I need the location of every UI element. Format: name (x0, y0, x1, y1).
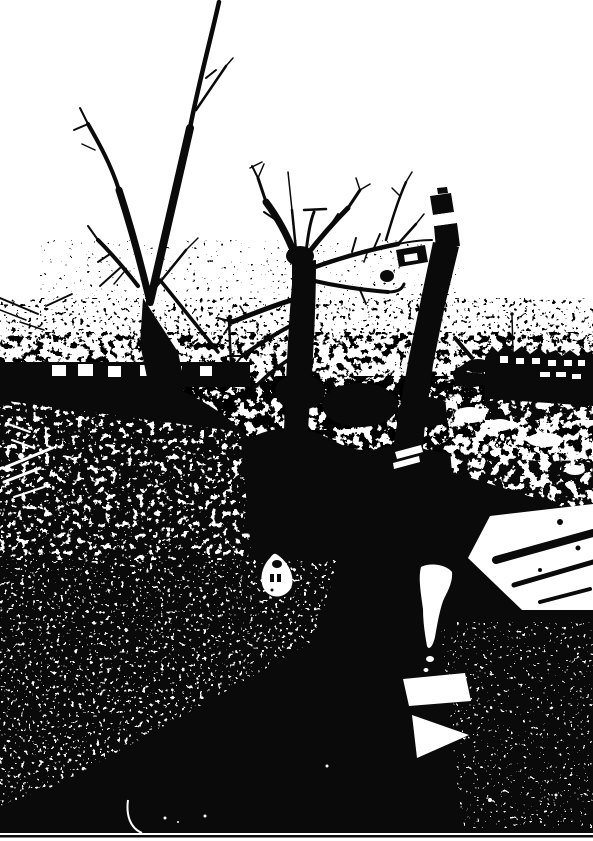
rifle-muzzle (437, 187, 448, 194)
debris-speck (424, 668, 429, 672)
corner-speck (576, 546, 581, 551)
debris-speck (426, 656, 434, 662)
debris-speck (45, 460, 49, 464)
corner-speck (557, 519, 563, 525)
photo-canvas: War-ravaged landscape, high-contrast bla… (0, 0, 593, 841)
corner-speck (538, 568, 542, 572)
rifle-muzzle-cap (430, 193, 454, 215)
photo-bottom-border (0, 835, 593, 838)
debris-speck (18, 453, 24, 459)
war-photograph: War-ravaged landscape, high-contrast bla… (0, 0, 593, 841)
